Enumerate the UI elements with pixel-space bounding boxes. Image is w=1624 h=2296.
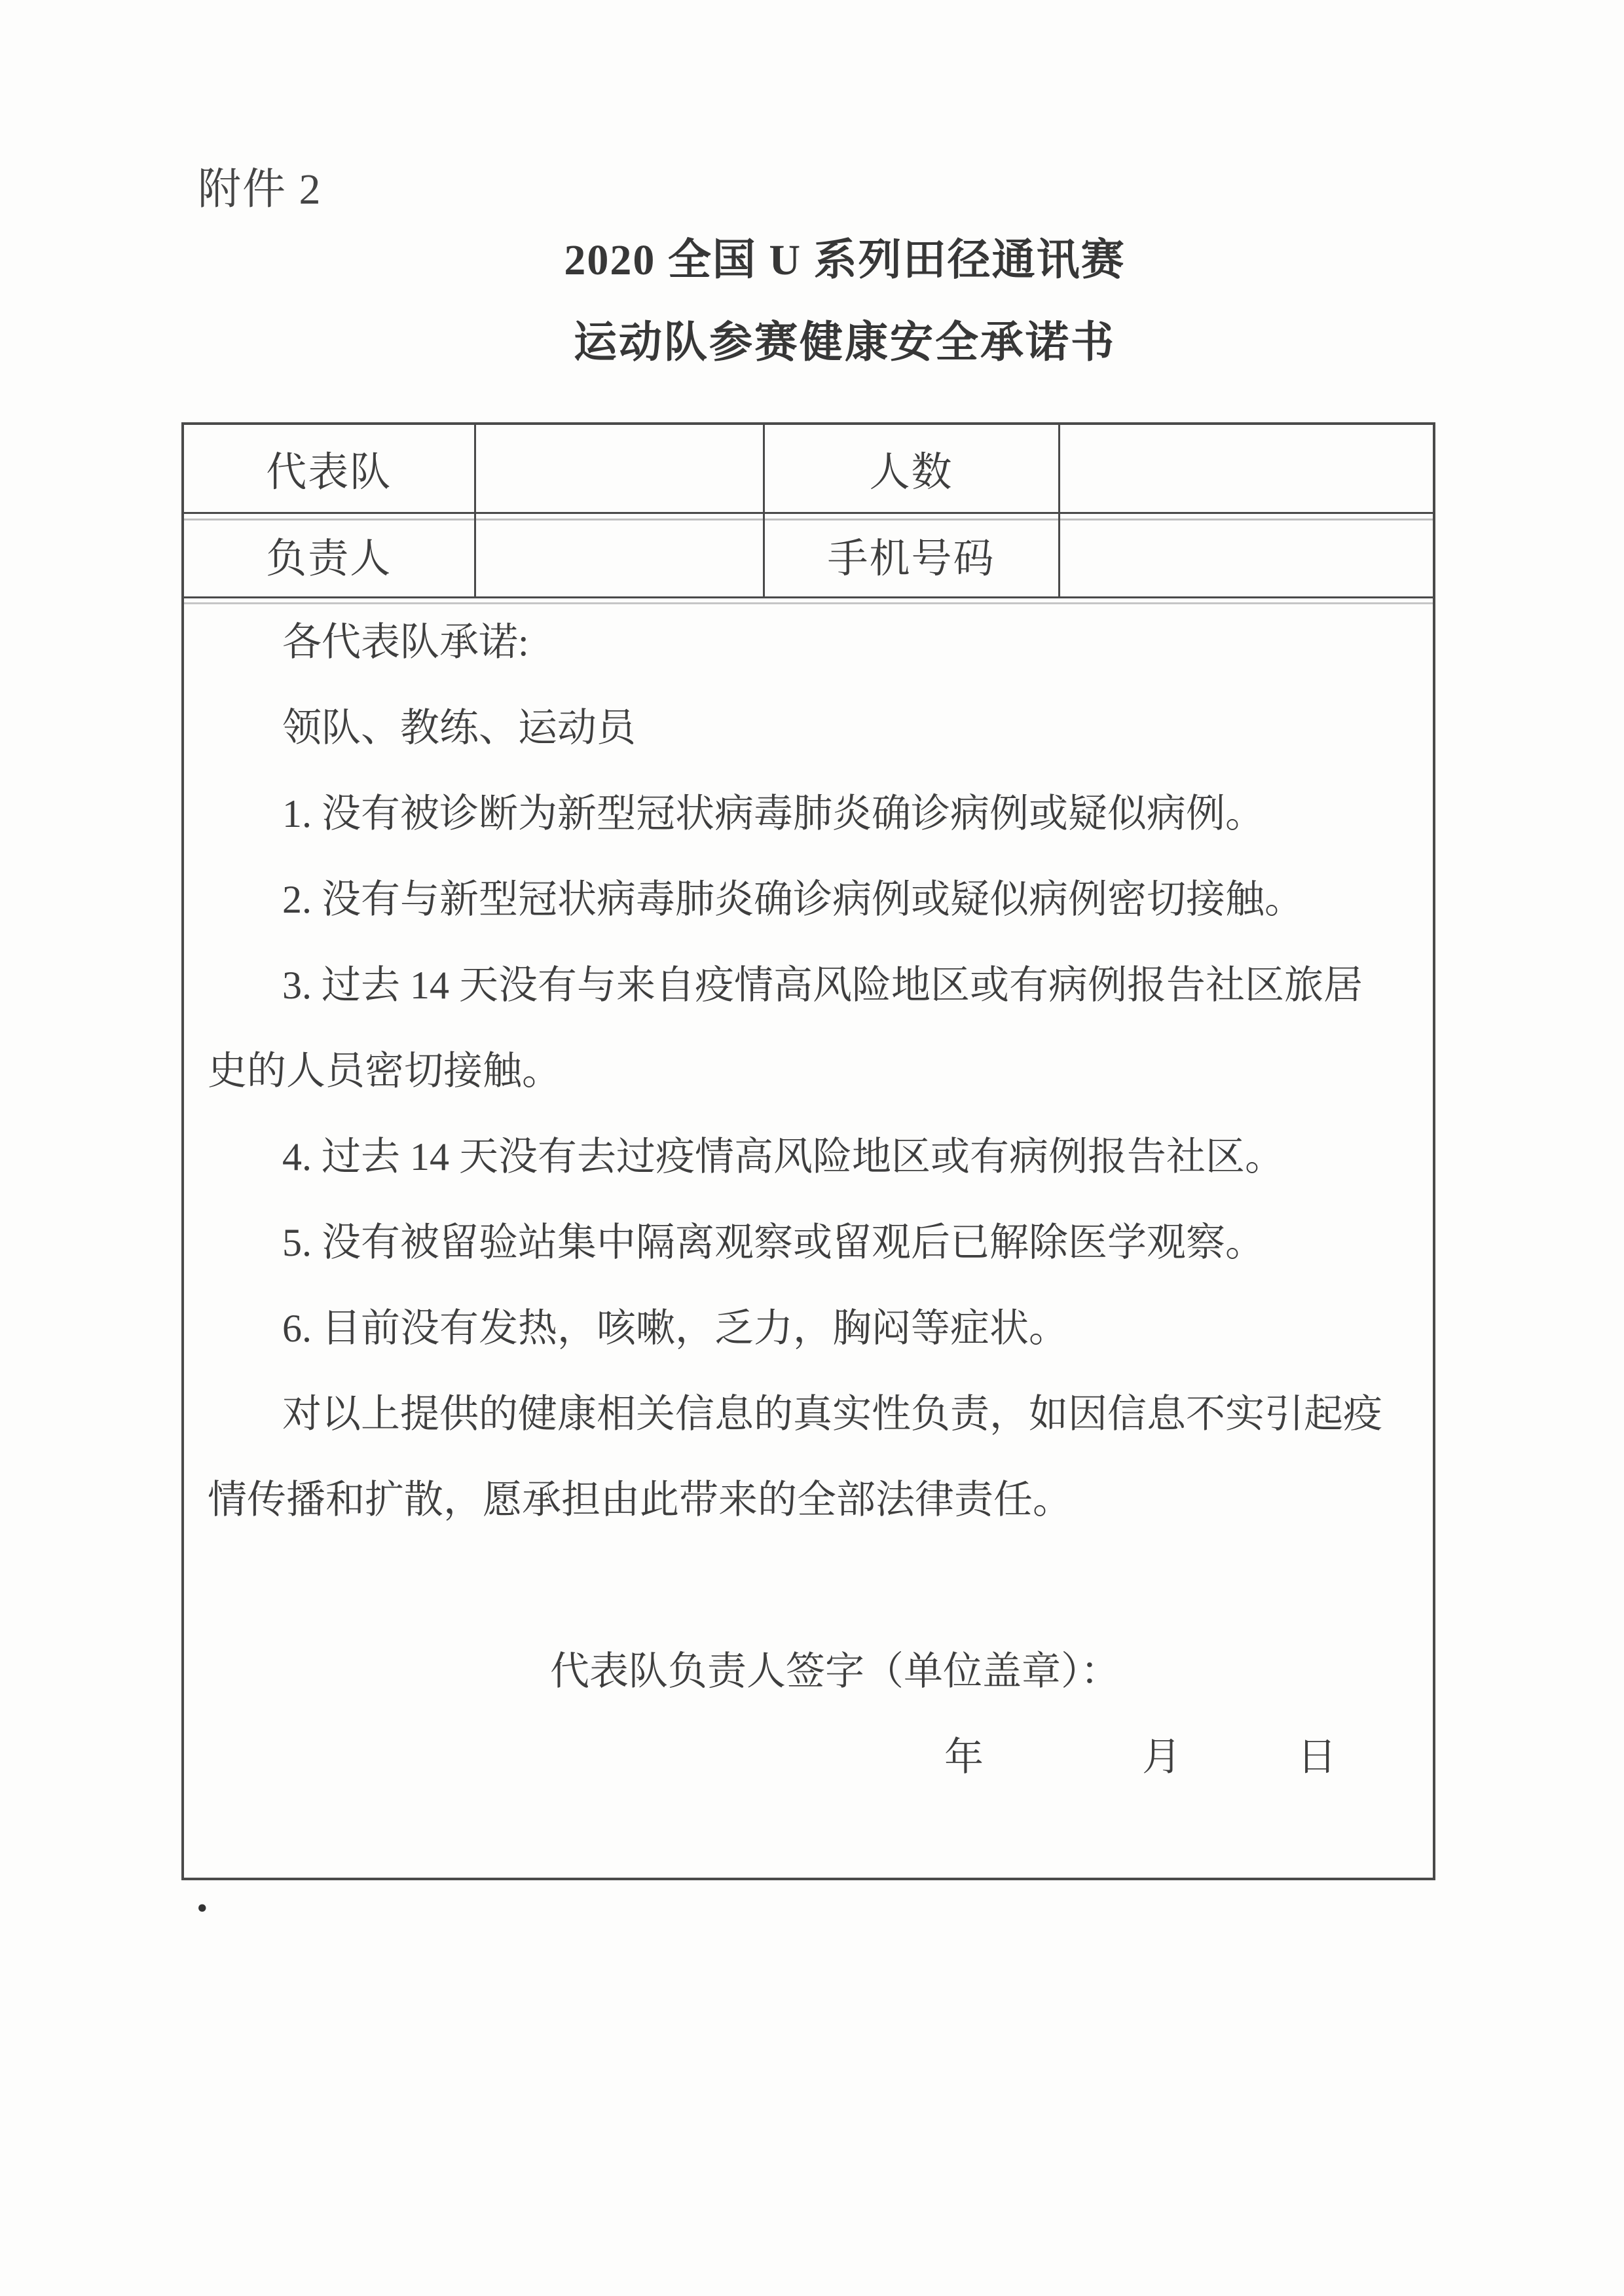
promise-item-2: 2. 没有与新型冠状病毒肺炎确诊病例或疑似病例密切接触。 (208, 857, 1414, 943)
date-line[interactable]: 年 月 日 (208, 1715, 1414, 1800)
manager-label: 负责人 (183, 513, 475, 597)
promise-item-6: 6. 目前没有发热，咳嗽，乏力，胸闷等症状。 (208, 1286, 1414, 1372)
manager-input-cell[interactable] (475, 513, 764, 597)
blank-line (208, 1543, 1414, 1629)
attachment-label: 附件 2 (198, 165, 322, 215)
promise-roles-line: 领队、教练、运动员 (208, 685, 1414, 771)
promise-intro-line: 各代表队承诺: (208, 600, 1414, 685)
signature-line[interactable]: 代表队负责人签字（单位盖章）： (208, 1629, 1414, 1715)
document-page: 附件 2 2020 全国 U 系列田径通讯赛 运动队参赛健康安全承诺书 代表队 … (0, 0, 1624, 2296)
stray-dot-mark: . (196, 1874, 208, 1920)
phone-label: 手机号码 (764, 513, 1059, 597)
commitment-form-table: 代表队 人数 负责人 手机号码 各代表队承诺: 领队、教练、运动员 1. 没有被… (181, 422, 1435, 1880)
doc-title-line1: 2020 全国 U 系列田径通讯赛 (33, 236, 1624, 285)
liability-line-1: 对以上提供的健康相关信息的真实性负责，如因信息不实引起疫 (208, 1372, 1414, 1457)
team-label: 代表队 (183, 424, 475, 513)
year-char: 年 (944, 1715, 984, 1800)
day-char: 日 (1297, 1715, 1337, 1800)
table-row-manager: 负责人 手机号码 (183, 513, 1434, 597)
table-row-promise: 各代表队承诺: 领队、教练、运动员 1. 没有被诊断为新型冠状病毒肺炎确诊病例或… (183, 597, 1434, 1879)
phone-input-cell[interactable] (1059, 513, 1434, 597)
team-input-cell[interactable] (475, 424, 764, 513)
promise-cell: 各代表队承诺: 领队、教练、运动员 1. 没有被诊断为新型冠状病毒肺炎确诊病例或… (183, 597, 1434, 1879)
promise-item-1: 1. 没有被诊断为新型冠状病毒肺炎确诊病例或疑似病例。 (208, 771, 1414, 857)
promise-item-3-wrap: 史的人员密切接触。 (208, 1029, 1414, 1114)
headcount-input-cell[interactable] (1059, 424, 1434, 513)
table-row-team: 代表队 人数 (183, 424, 1434, 513)
month-char: 月 (1142, 1715, 1181, 1800)
headcount-label: 人数 (764, 424, 1059, 513)
promise-item-5: 5. 没有被留验站集中隔离观察或留观后已解除医学观察。 (208, 1200, 1414, 1286)
promise-item-4: 4. 过去 14 天没有去过疫情高风险地区或有病例报告社区。 (208, 1114, 1414, 1200)
doc-title-line2: 运动队参赛健康安全承诺书 (33, 318, 1624, 368)
liability-line-2: 情传播和扩散，愿承担由此带来的全部法律责任。 (208, 1457, 1414, 1543)
promise-item-3: 3. 过去 14 天没有与来自疫情高风险地区或有病例报告社区旅居 (208, 943, 1414, 1029)
